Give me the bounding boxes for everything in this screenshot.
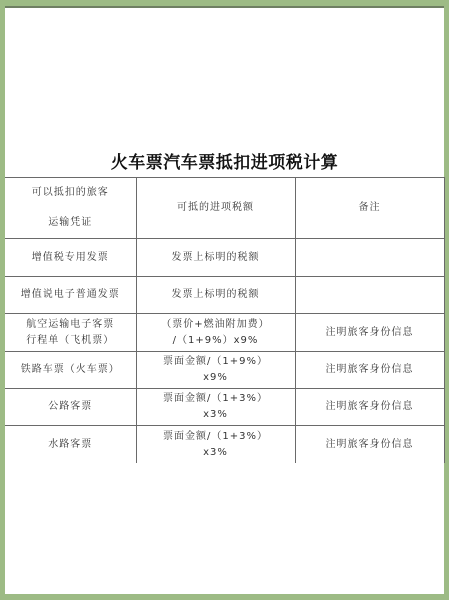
cell-deductible: 发票上标明的税额 xyxy=(136,239,295,277)
cell-deductible: 票面金额/（1+3%） x3% xyxy=(136,426,295,464)
cell-deductible: （票价+燃油附加费） /（1+9%）x9% xyxy=(136,314,295,352)
cell-note xyxy=(295,239,444,277)
cell-deductible: 票面金额/（1+9%） x9% xyxy=(136,352,295,389)
cell-deductible: 发票上标明的税额 xyxy=(136,277,295,314)
cell-voucher: 航空运输电子客票 行程单（飞机票） xyxy=(5,314,136,352)
cell-note xyxy=(295,277,444,314)
table-row: 增值税专用发票 发票上标明的税额 xyxy=(5,239,444,277)
table-row: 航空运输电子客票 行程单（飞机票） （票价+燃油附加费） /（1+9%）x9% … xyxy=(5,314,444,352)
header-voucher-line1: 可以抵扣的旅客 xyxy=(9,185,132,201)
table-row: 公路客票 票面金额/（1+3%） x3% 注明旅客身份信息 xyxy=(5,389,444,426)
header-voucher: 可以抵扣的旅客 运输凭证 xyxy=(5,178,136,239)
table-row: 铁路车票（火车票） 票面金额/（1+9%） x9% 注明旅客身份信息 xyxy=(5,352,444,389)
table-header-row: 可以抵扣的旅客 运输凭证 可抵的进项税额 备注 xyxy=(5,178,444,239)
cell-voucher: 铁路车票（火车票） xyxy=(5,352,136,389)
table-row: 增值说电子普通发票 发票上标明的税额 xyxy=(5,277,444,314)
cell-deductible: 票面金额/（1+3%） x3% xyxy=(136,389,295,426)
cell-voucher: 公路客票 xyxy=(5,389,136,426)
cell-note: 注明旅客身份信息 xyxy=(295,426,444,464)
table-row: 水路客票 票面金额/（1+3%） x3% 注明旅客身份信息 xyxy=(5,426,444,464)
header-voucher-line2: 运输凭证 xyxy=(9,215,132,231)
header-note: 备注 xyxy=(295,178,444,239)
cell-note: 注明旅客身份信息 xyxy=(295,352,444,389)
tax-deduction-table: 可以抵扣的旅客 运输凭证 可抵的进项税额 备注 增值税专用发票 发票上标明的税额… xyxy=(5,177,445,463)
cell-note: 注明旅客身份信息 xyxy=(295,389,444,426)
cell-voucher: 增值说电子普通发票 xyxy=(5,277,136,314)
document-page: 火车票汽车票抵扣进项税计算 可以抵扣的旅客 运输凭证 可抵的进项税额 备注 增值… xyxy=(5,6,444,594)
header-deductible-tax: 可抵的进项税额 xyxy=(136,178,295,239)
cell-voucher: 水路客票 xyxy=(5,426,136,464)
cell-voucher: 增值税专用发票 xyxy=(5,239,136,277)
cell-note: 注明旅客身份信息 xyxy=(295,314,444,352)
document-title: 火车票汽车票抵扣进项税计算 xyxy=(5,148,444,173)
